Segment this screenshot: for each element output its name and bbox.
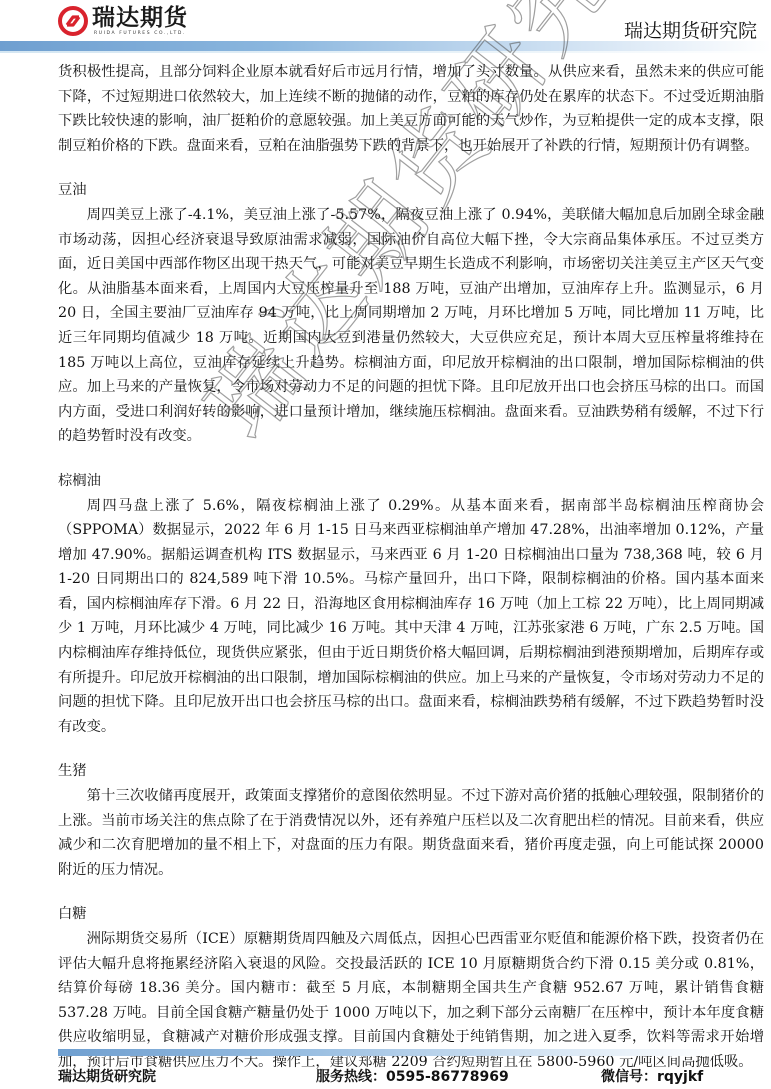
- section-title-hogs: 生猪: [58, 759, 764, 784]
- footer-gradient-bar: [58, 1049, 714, 1056]
- header-gradient-bar: [0, 41, 771, 51]
- section-title-palm-oil: 棕榈油: [58, 469, 764, 494]
- footer-org-name: 瑞达期货研究院: [58, 1066, 156, 1086]
- section-text-palm-oil: 周四马盘上涨了 5.6%，隔夜棕榈油上涨了 0.29%。从基本面来看，据南部半岛…: [58, 494, 764, 740]
- section-text-hogs: 第十三次收储再度展开，政策面支撑猪价的意图依然明显。不过下游对高价猪的抵触心理较…: [58, 784, 764, 882]
- page-footer: 瑞达期货研究院 服务热线：0595-86778969 微信号：rqyjkf: [58, 1066, 718, 1086]
- footer-wechat: 微信号：rqyjkf: [601, 1066, 703, 1086]
- company-logo: 瑞达期货 RUIDA FUTURES CO.,LTD.: [58, 5, 188, 37]
- section-title-sugar: 白糖: [58, 902, 764, 927]
- header-title: 瑞达期货研究院: [624, 16, 757, 43]
- logo-chinese-name: 瑞达期货: [92, 5, 188, 31]
- footer-hotline: 服务热线：0595-86778969: [316, 1066, 509, 1086]
- page-header: 瑞达期货 RUIDA FUTURES CO.,LTD. 瑞达期货研究院: [0, 0, 771, 56]
- intro-paragraph: 货积极性提高，且部分饲料企业原本就看好后市远月行情，增加了头寸数量。从供应来看，…: [58, 60, 764, 158]
- logo-english-name: RUIDA FUTURES CO.,LTD.: [94, 31, 188, 37]
- report-body: 货积极性提高，且部分饲料企业原本就看好后市远月行情，增加了头寸数量。从供应来看，…: [58, 60, 764, 1075]
- ruida-logo-icon: [58, 6, 88, 36]
- section-text-soybean-oil: 周四美豆上涨了-4.1%，美豆油上涨了-5.57%，隔夜豆油上涨了 0.94%，…: [58, 203, 764, 449]
- header-divider: [0, 51, 771, 53]
- section-title-soybean-oil: 豆油: [58, 178, 764, 203]
